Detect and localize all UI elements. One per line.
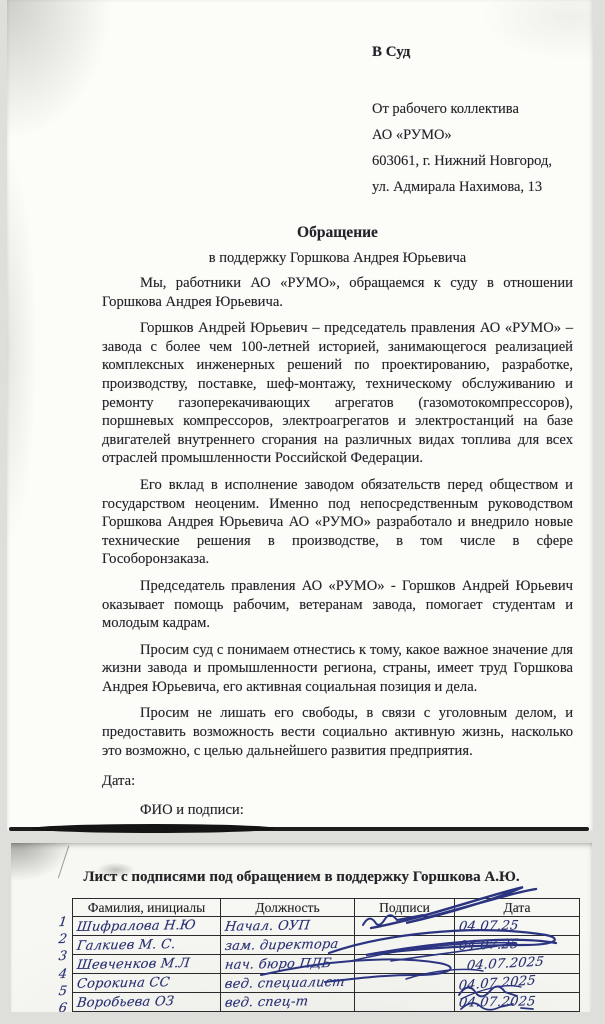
paragraph: Просим не лишать его свободы, в связи с … bbox=[102, 704, 573, 760]
cell-date: 04.04.2025 bbox=[455, 1012, 580, 1013]
cell-signature bbox=[355, 993, 455, 1012]
cell-position: зам. директора bbox=[221, 936, 355, 955]
paragraph: Горшков Андрей Юрьевич – председатель пр… bbox=[102, 319, 573, 468]
cell-name: Шифралова Н.Ю bbox=[73, 917, 221, 936]
row-number: 3 bbox=[54, 949, 72, 964]
row-number: 1 bbox=[54, 915, 72, 930]
row-number: 5 bbox=[54, 984, 72, 999]
date-label: Дата: bbox=[102, 772, 573, 791]
header-name: Фамилия, инициалы bbox=[73, 899, 221, 917]
cell-position: Начал. ОУП bbox=[221, 917, 355, 936]
signature-table: Фамилия, инициалы Должность Подписи Дата… bbox=[72, 898, 580, 1012]
cell-signature bbox=[355, 974, 455, 993]
cell-name: Мышкина И.А bbox=[73, 1012, 221, 1013]
sender-line: АО «РУМО» bbox=[372, 122, 552, 148]
row-number: 2 bbox=[54, 932, 72, 947]
cell-name: Воробьева ОЗ bbox=[73, 993, 221, 1012]
cell-signature bbox=[355, 917, 455, 936]
header-date: Дата bbox=[455, 899, 580, 917]
cell-signature bbox=[355, 955, 455, 974]
table-row: Мышкина И.А инж. по сметной 04.04.2025 bbox=[73, 1012, 580, 1013]
sender-block: От рабочего коллектива АО «РУМО» 603061,… bbox=[372, 96, 552, 200]
cell-date: 04.07.25 bbox=[455, 917, 580, 936]
paragraph: Мы, работники АО «РУМО», обращаемся к су… bbox=[102, 274, 573, 311]
letter-body: Мы, работники АО «РУМО», обращаемся к су… bbox=[102, 274, 573, 827]
sender-line: От рабочего коллектива bbox=[372, 96, 552, 122]
table-row: Шифралова Н.Ю Начал. ОУП 04.07.25 bbox=[73, 917, 580, 936]
cell-name: Шевченков М.Л bbox=[73, 955, 221, 974]
table-header-row: Фамилия, инициалы Должность Подписи Дата bbox=[73, 899, 580, 917]
signers-label: ФИО и подписи: bbox=[102, 801, 573, 820]
table-row: Сорокина СС вед. специалист 04.07.2025 bbox=[73, 974, 580, 993]
sender-line: 603061, г. Нижний Новгород, bbox=[372, 148, 552, 174]
cell-date: 04.07.2025 bbox=[455, 955, 580, 974]
table-row: Галкиев М. С. зам. директора 04.07.25 bbox=[73, 936, 580, 955]
cell-date: 04.07.2025 bbox=[455, 974, 580, 993]
cell-position: инж. по сметной bbox=[221, 1012, 355, 1013]
cell-signature bbox=[355, 936, 455, 955]
cell-name: Сорокина СС bbox=[73, 974, 221, 993]
table-row: Шевченков М.Л нач. бюро ПДБ 04.07.2025 bbox=[73, 955, 580, 974]
signature-sheet-title: Лист с подписями под обращением в поддер… bbox=[11, 869, 592, 886]
cell-name: Галкиев М. С. bbox=[73, 936, 221, 955]
cell-position: вед. специалист bbox=[221, 974, 355, 993]
cell-date: 04.07.25 bbox=[455, 936, 580, 955]
sender-line: ул. Адмирала Нахимова, 13 bbox=[372, 174, 552, 200]
court-addressee: В Суд bbox=[372, 44, 410, 61]
letter-page: В Суд От рабочего коллектива АО «РУМО» 6… bbox=[7, 0, 593, 831]
paragraph: Просим суд с понимаем отнестись к тому, … bbox=[102, 641, 573, 697]
cell-signature bbox=[355, 1012, 455, 1013]
row-number: 4 bbox=[54, 967, 72, 982]
paragraph: Его вклад в исполнение заводом обязатель… bbox=[102, 476, 573, 569]
letter-title: Обращение bbox=[102, 224, 573, 242]
signature-sheet-page: Лист с подписями под обращением в поддер… bbox=[11, 843, 592, 1012]
cell-position: нач. бюро ПДБ bbox=[221, 955, 355, 974]
header-signature: Подписи bbox=[355, 899, 455, 917]
cell-date: 04.07.2025 bbox=[455, 993, 580, 1012]
table-row: Воробьева ОЗ вед. спец-т 04.07.2025 bbox=[73, 993, 580, 1012]
page-edge-shadow bbox=[9, 827, 589, 831]
paragraph: Председатель правления АО «РУМО» - Горшк… bbox=[102, 577, 573, 633]
cell-position: вед. спец-т bbox=[221, 993, 355, 1012]
letter-subtitle: в поддержку Горшкова Андрея Юрьевича bbox=[102, 250, 573, 267]
scanned-document-photo: { "page1": { "court": "В Суд", "from_lin… bbox=[0, 0, 605, 1024]
header-position: Должность bbox=[221, 899, 355, 917]
row-number: 6 bbox=[54, 1001, 72, 1012]
